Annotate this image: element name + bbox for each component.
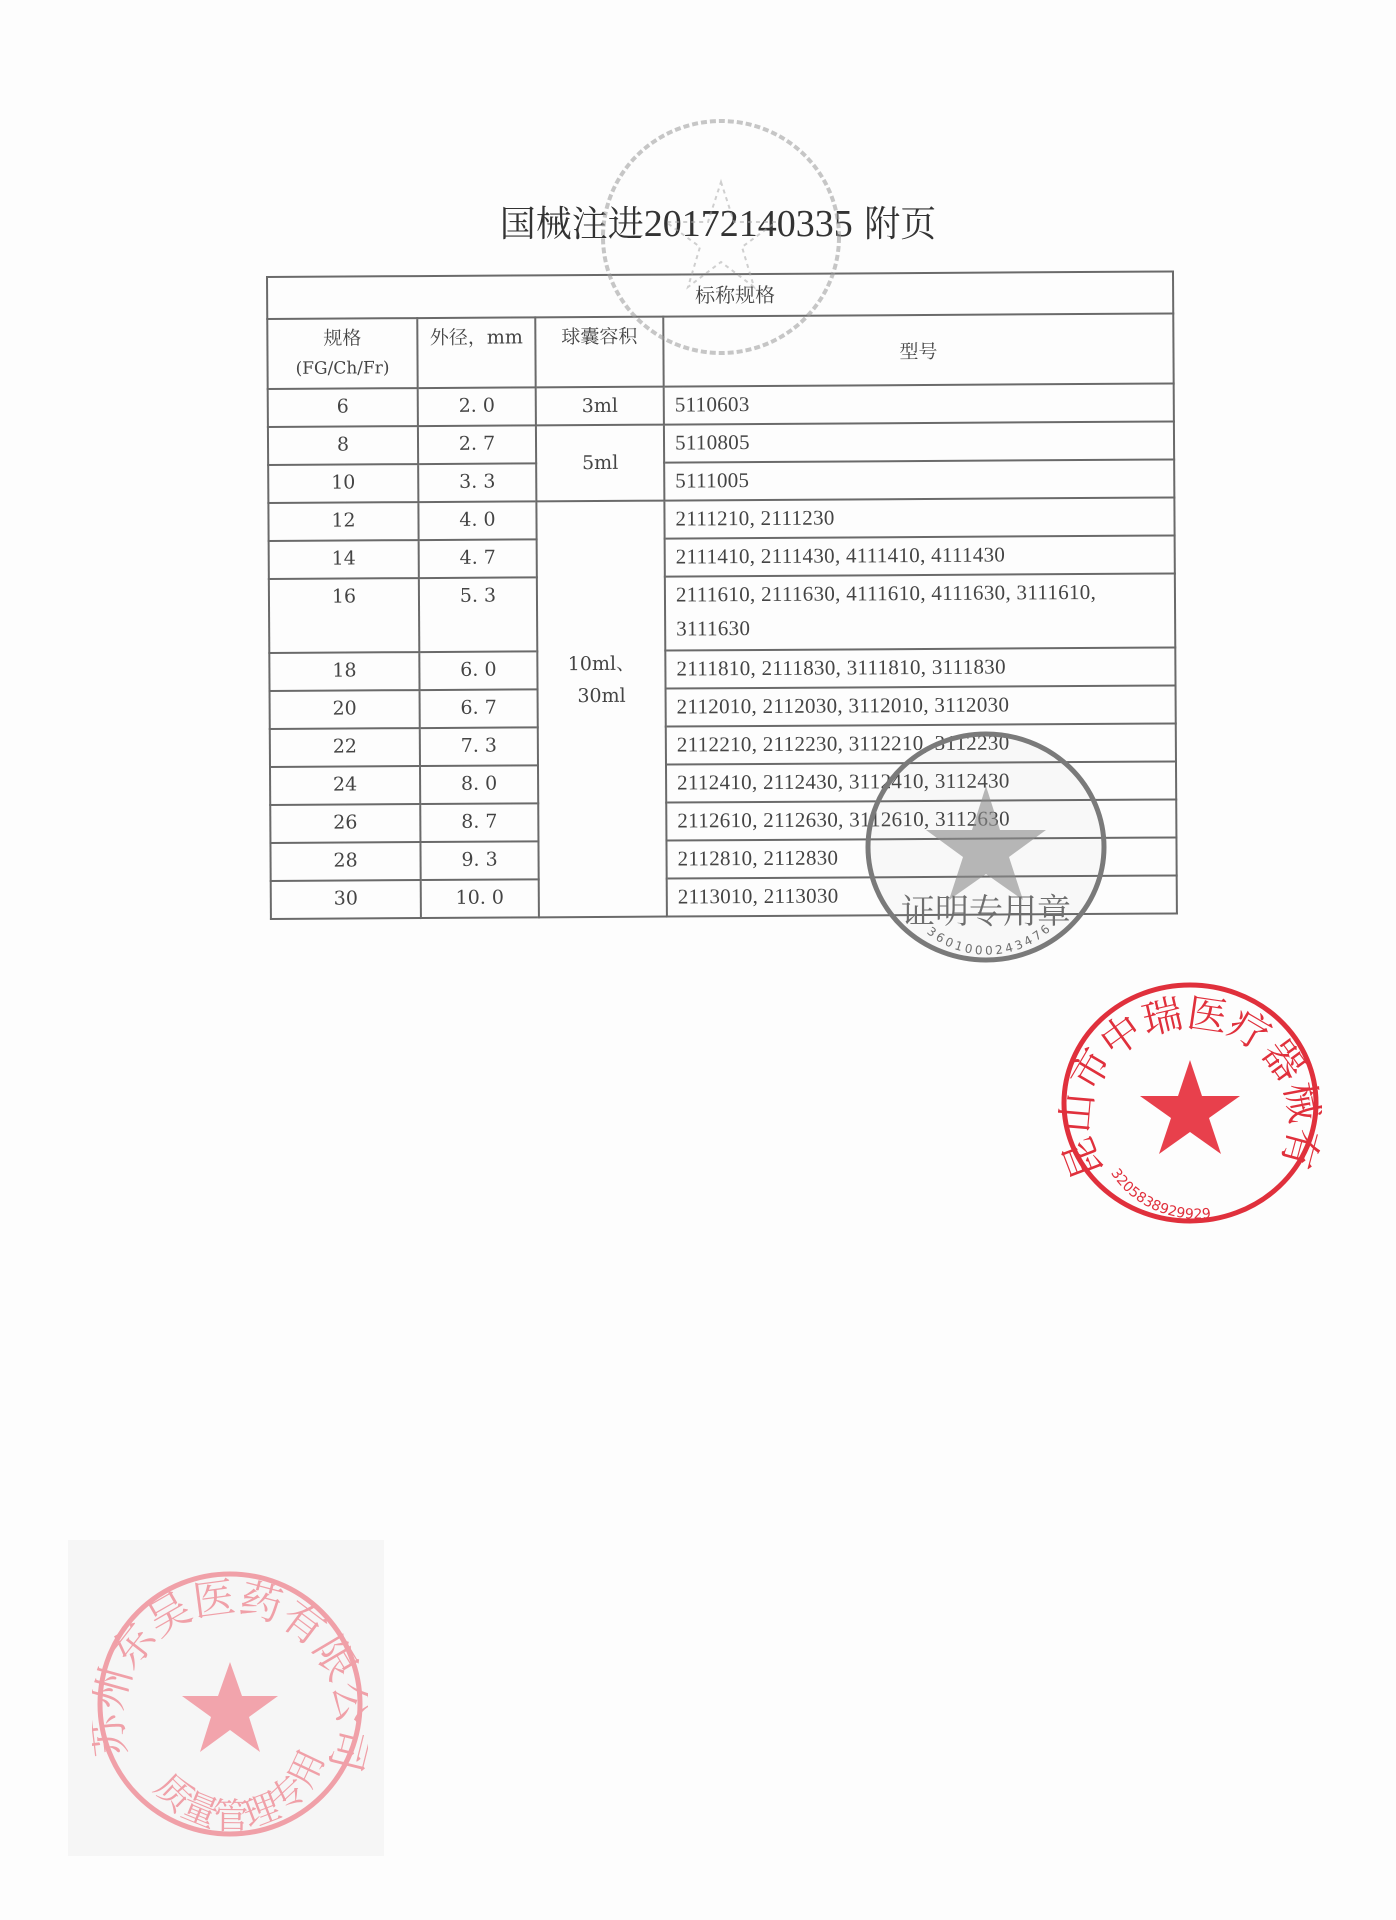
regulator-seal [596,112,846,362]
table-row: 124. 010ml、30ml2111210, 2111230 [268,497,1174,541]
title-suffix: 附页 [853,204,936,245]
model-cell: 2111810, 2111830, 3111810, 3111830 [665,647,1175,688]
od-cell: 6. 7 [420,689,538,728]
size-cell: 24 [270,766,420,805]
table-row: 186. 02111810, 2111830, 3111810, 3111830 [269,647,1175,691]
od-cell: 10. 0 [421,879,539,918]
model-cell: 5111005 [664,459,1174,500]
manufacturer-seal: 昆山市中瑞医疗器械有限公司 3205838929929 [1058,978,1322,1228]
table-row: 206. 72112010, 2112030, 3112010, 3112030 [270,685,1176,729]
size-cell: 6 [268,388,418,427]
model-cell: 5110805 [664,421,1174,462]
size-cell: 20 [270,690,420,729]
od-cell: 9. 3 [420,841,538,880]
size-cell: 18 [269,652,419,691]
size-cell: 30 [271,880,421,919]
table-row: 62. 03ml5110603 [268,383,1174,427]
od-cell: 2. 0 [418,387,536,426]
table-row: 144. 72111410, 2111430, 4111410, 4111430 [269,535,1175,579]
size-cell: 10 [268,464,418,503]
od-cell: 3. 3 [418,463,536,502]
size-cell: 14 [269,540,419,579]
size-cell: 16 [269,578,419,653]
balloon-volume-cell: 5ml [536,425,664,502]
size-cell: 8 [268,426,418,465]
table-row: 103. 35111005 [268,459,1174,503]
size-cell: 28 [270,842,420,881]
model-cell: 2111610, 2111630, 4111610, 4111630, 3111… [665,573,1175,650]
od-cell: 4. 0 [418,501,536,540]
balloon-volume-cell: 3ml [536,387,664,426]
col-header-size: 规格(FG/Ch/Fr) [267,318,417,389]
model-cell: 2111410, 2111430, 4111410, 4111430 [665,535,1175,576]
model-cell: 2111210, 2111230 [664,497,1174,538]
size-cell: 22 [270,728,420,767]
col-header-od: 外径，mm [417,317,535,388]
od-cell: 2. 7 [418,425,536,464]
size-cell: 26 [270,804,420,843]
od-cell: 4. 7 [419,539,537,578]
balloon-volume-cell: 10ml、30ml [536,501,667,918]
od-cell: 8. 0 [420,765,538,804]
model-cell: 2112010, 2112030, 3112010, 3112030 [666,685,1176,726]
od-cell: 8. 7 [420,803,538,842]
size-cell: 12 [268,502,418,541]
model-cell: 5110603 [664,383,1174,424]
od-cell: 7. 3 [420,727,538,766]
table-row: 82. 75ml5110805 [268,421,1174,465]
table-row: 165. 32111610, 2111630, 4111610, 4111630… [269,573,1175,653]
certificate-seal: 证明专用章 3601000243476 [862,728,1110,966]
svg-text:3205838929929: 3205838929929 [1107,1166,1211,1223]
od-cell: 6. 0 [419,651,537,690]
od-cell: 5. 3 [419,577,537,652]
distributor-seal: 苏州东吴医药有限公司 质量管理专用章 [92,1566,368,1842]
